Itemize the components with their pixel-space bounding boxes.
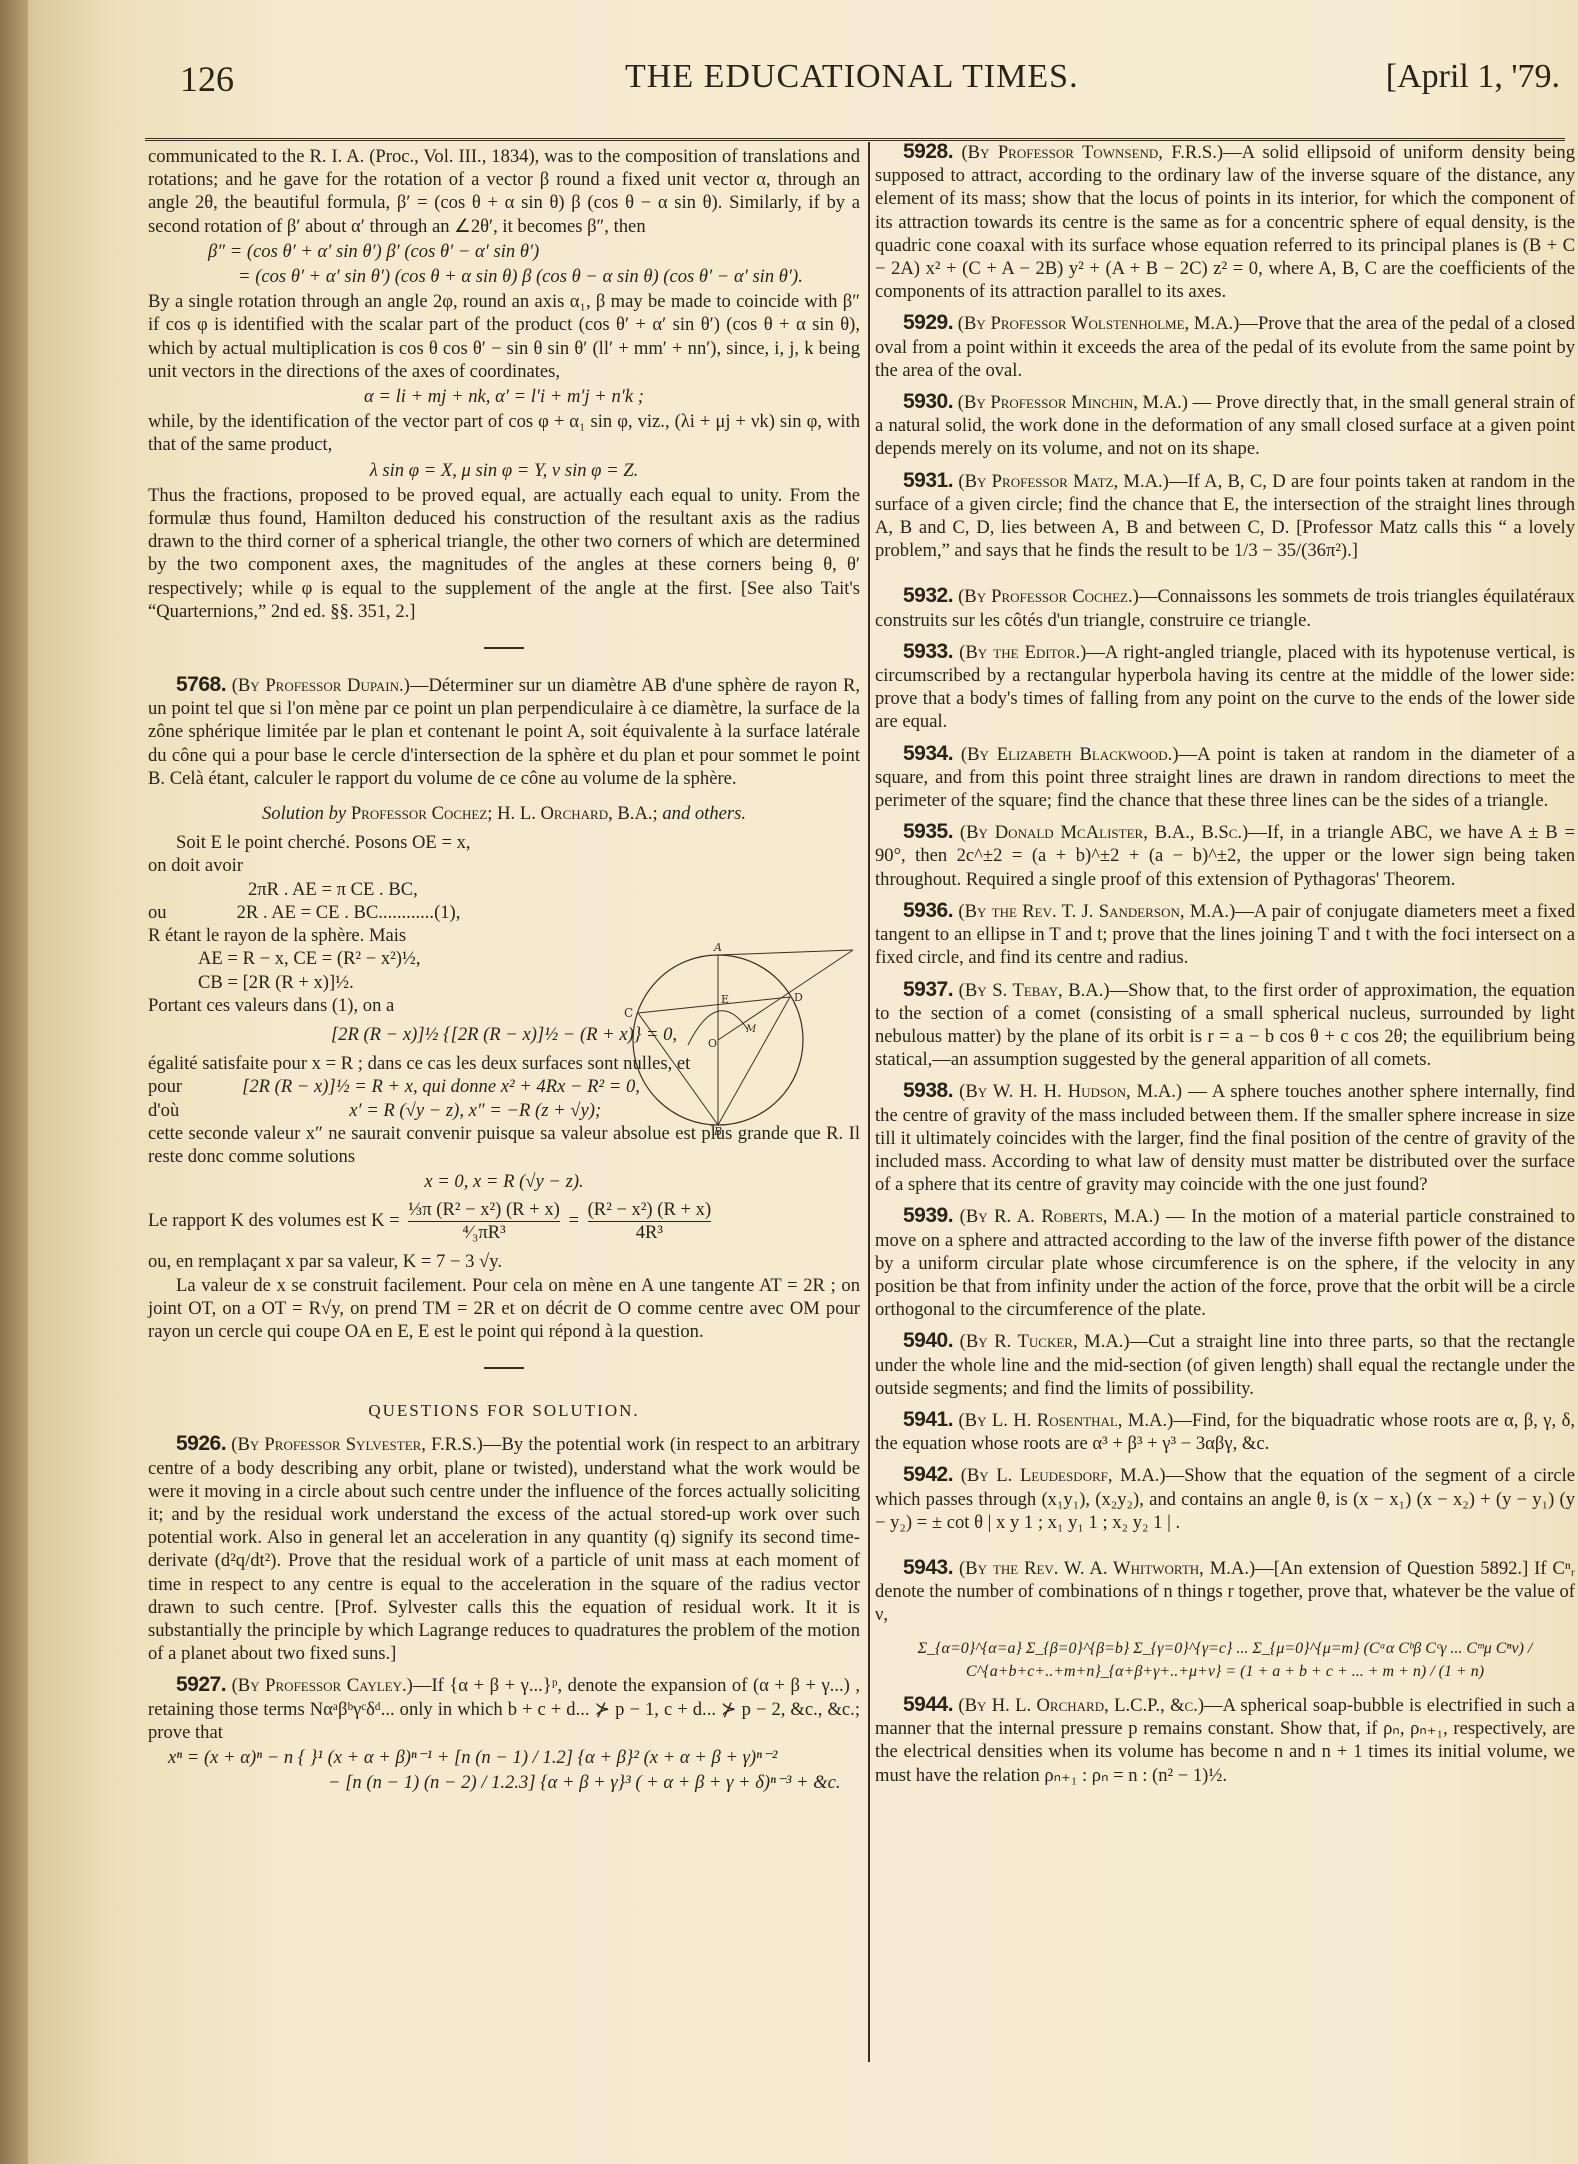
question-author: (By L. H. Rosenthal, M.A.) [958,1410,1173,1431]
question-number: 5930. [903,390,953,413]
solution-line: CB = [2R (R + x)]½. [198,971,588,994]
solution-line: ou, en remplaçant x par sa valeur, K = 7… [148,1250,860,1273]
ratio-equation: Le rapport K des volumes est K = ⅓π (R² … [148,1199,860,1244]
numerator: ⅓π (R² − x²) (R + x) [408,1199,560,1222]
solution-line: La valeur de x se construit facilement. … [148,1274,860,1344]
solution-line: pour [148,1076,182,1097]
issue-date: [April 1, '79. [1386,58,1560,96]
solution-line: Portant ces valeurs dans (1), on a [148,994,588,1017]
question-author: (By Professor Matz, M.A.) [958,471,1168,492]
question-number: 5939. [903,1204,953,1227]
label-m: M [745,1024,757,1035]
column-divider [868,142,870,2062]
question-5936: 5936. (By the Rev. T. J. Sanderson, M.A.… [875,899,1575,970]
question-author: (By Professor Townsend, F.R.S.) [961,142,1223,163]
newspaper-page: 126 THE EDUCATIONAL TIMES. [April 1, '79… [0,0,1578,2164]
question-author: (By L. Leudesdorf, M.A.) [961,1465,1166,1486]
question-5927: 5927. (By Professor Cayley.)—If {α + β +… [148,1673,860,1744]
question-number: 5934. [903,742,953,765]
question-author: (By H. L. Orchard, L.C.P., &c.) [958,1695,1204,1716]
denominator: ⁴⁄₃πR³ [408,1222,560,1244]
question-author: (By Professor Wolstenholme, M.A.) [958,313,1240,334]
question-text: —A solid ellipsoid of uniform density be… [875,142,1575,302]
question-number: 5937. [903,978,953,1001]
equation: α = li + mj + nk, α′ = l′i + m′j + n′k ; [148,385,860,408]
question-5942: 5942. (By L. Leudesdorf, M.A.)—Show that… [875,1463,1575,1534]
question-author: (By S. Tebay, B.A.) [959,980,1110,1001]
numerator: (R² − x²) (R + x) [588,1199,712,1222]
question-5940: 5940. (By R. Tucker, M.A.)—Cut a straigh… [875,1329,1575,1400]
label-b: B [713,1125,722,1135]
solution-body: Soit E le point cherché. Posons OE = x, … [148,831,588,1017]
question-number: 5935. [903,820,953,843]
question-5768: 5768. (By Professor Dupain.)—Déterminer … [148,673,860,790]
question-number: 5936. [903,899,953,922]
question-5941: 5941. (By L. H. Rosenthal, M.A.)—Find, f… [875,1408,1575,1455]
question-5939: 5939. (By R. A. Roberts, M.A.) — In the … [875,1204,1575,1321]
question-5931: 5931. (By Professor Matz, M.A.)—If A, B,… [875,469,1575,563]
paragraph: By a single rotation through an angle 2φ… [148,290,860,383]
question-number: 5926. [176,1432,226,1455]
publication-title: THE EDUCATIONAL TIMES. [625,58,1079,96]
intro-paragraph: communicated to the R. I. A. (Proc., Vol… [148,145,860,238]
question-5943: 5943. (By the Rev. W. A. Whitworth, M.A.… [875,1556,1575,1627]
question-author: (By the Rev. W. A. Whitworth, M.A.) [959,1558,1255,1579]
solution-line: Soit E le point cherché. Posons OE = x, [148,831,588,854]
solution-equation: x′ = R (√y − z), x″ = −R (z + √y); [349,1100,601,1121]
label-c: C [624,1006,633,1020]
question-number: 5768. [176,673,226,696]
solution-line: d'où [148,1100,179,1121]
question-5928: 5928. (By Professor Townsend, F.R.S.)—A … [875,140,1575,303]
question-5935: 5935. (By Donald McAlister, B.A., B.Sc.)… [875,820,1575,891]
solution-others: and others. [662,803,746,824]
question-5938: 5938. (By W. H. H. Hudson, M.A.) — A sph… [875,1079,1575,1196]
question-number: 5941. [903,1408,953,1431]
question-number: 5928. [903,140,953,163]
question-number: 5927. [176,1673,226,1696]
equation: xⁿ = (x + α)ⁿ − n { }¹ (x + α + β)ⁿ⁻¹ + … [168,1746,860,1769]
question-5933: 5933. (By the Editor.)—A right-angled tr… [875,640,1575,734]
page-header: 126 THE EDUCATIONAL TIMES. [April 1, '79… [140,52,1560,132]
solution-line: AE = R − x, CE = (R² − x²)½, [198,947,588,970]
question-number: 5940. [903,1329,953,1352]
question-5934: 5934. (By Elizabeth Blackwood.)—A point … [875,742,1575,813]
solution-line: R étant le rayon de la sphère. Mais [148,924,588,947]
label-o: O [708,1037,717,1050]
question-number: 5943. [903,1556,953,1579]
question-text: —By the potential work (in respect to an… [148,1434,860,1664]
solution-line: on doit avoir [148,854,588,877]
question-number: 5942. [903,1463,953,1486]
question-5929: 5929. (By Professor Wolstenholme, M.A.)—… [875,311,1575,382]
question-number: 5929. [903,311,953,334]
solution-equation: [2R (R − x)]½ = R + x, qui donne x² + 4R… [242,1076,640,1097]
label-a: A [713,941,722,954]
question-5932: 5932. (By Professor Cochez.)—Connaissons… [875,584,1575,631]
right-column: 5928. (By Professor Townsend, F.R.S.)—A … [875,140,1575,1787]
equation: λ sin φ = X, μ sin φ = Y, ν sin φ = Z. [148,459,860,482]
paragraph: while, by the identification of the vect… [148,410,860,456]
label-e: E [721,993,729,1006]
question-author: (By Professor Sylvester, F.R.S.) [231,1434,483,1455]
label-d: D [794,991,803,1004]
question-author: (By R. Tucker, M.A.) [960,1331,1130,1352]
question-author: (By Professor Cochez.) [958,586,1139,607]
equation: − [n (n − 1) (n − 2) / 1.2.3] {α + β + γ… [328,1771,860,1794]
sphere-diagram: A B C D E O M [618,935,858,1135]
solution-line: 2πR . AE = π CE . BC, [248,878,588,901]
page-number: 126 [180,58,234,100]
paragraph: Thus the fractions, proposed to be prove… [148,484,860,623]
question-number: 5931. [903,469,953,492]
fraction: ⅓π (R² − x²) (R + x)⁴⁄₃πR³ [408,1199,560,1244]
equation: = (cos θ′ + α′ sin θ′) (cos θ + α sin θ)… [238,265,860,288]
denominator: 4R³ [588,1222,712,1244]
ratio-label: Le rapport K des volumes est K = [148,1210,400,1231]
solution-authors: Professor Cochez; H. L. Orchard, B.A.; [351,803,658,824]
solution-line: 2R . AE = CE . BC............(1), [237,902,461,923]
question-author: (By Donald McAlister, B.A., B.Sc.) [960,822,1248,843]
question-5937: 5937. (By S. Tebay, B.A.)—Show that, to … [875,978,1575,1072]
solution-line: ou [148,902,167,923]
question-5930: 5930. (By Professor Minchin, M.A.) — Pro… [875,390,1575,461]
fraction: (R² − x²) (R + x)4R³ [588,1199,712,1244]
solution-label: Solution by [262,803,346,824]
solution-equation: x = 0, x = R (√y − z). [148,1170,860,1193]
section-divider [484,1367,524,1369]
question-author: (By the Editor.) [959,642,1086,663]
question-5926: 5926. (By Professor Sylvester, F.R.S.)—B… [148,1432,860,1665]
question-number: 5933. [903,640,953,663]
question-number: 5932. [903,584,953,607]
equation: β″ = (cos θ′ + α′ sin θ′) β′ (cos θ′ − α… [208,240,860,263]
section-heading: QUESTIONS FOR SOLUTION. [148,1399,860,1422]
question-author: (By Professor Dupain.) [232,675,410,696]
question-author: (By Professor Cayley.) [232,1675,413,1696]
section-divider [484,647,524,649]
equation: Σ_{α=0}^{α=a} Σ_{β=0}^{β=b} Σ_{γ=0}^{γ=c… [875,1637,1575,1683]
solution-credits: Solution by Professor Cochez; H. L. Orch… [148,802,860,825]
binding-gutter [0,0,28,2164]
question-number: 5938. [903,1079,953,1102]
question-author: (By Elizabeth Blackwood.) [961,744,1179,765]
question-5944: 5944. (By H. L. Orchard, L.C.P., &c.)—A … [875,1693,1575,1787]
question-author: (By the Rev. T. J. Sanderson, M.A.) [958,901,1235,922]
question-author: (By R. A. Roberts, M.A.) [960,1206,1160,1227]
question-author: (By W. H. H. Hudson, M.A.) [959,1081,1182,1102]
question-author: (By Professor Minchin, M.A.) [958,392,1188,413]
question-number: 5944. [903,1693,953,1716]
